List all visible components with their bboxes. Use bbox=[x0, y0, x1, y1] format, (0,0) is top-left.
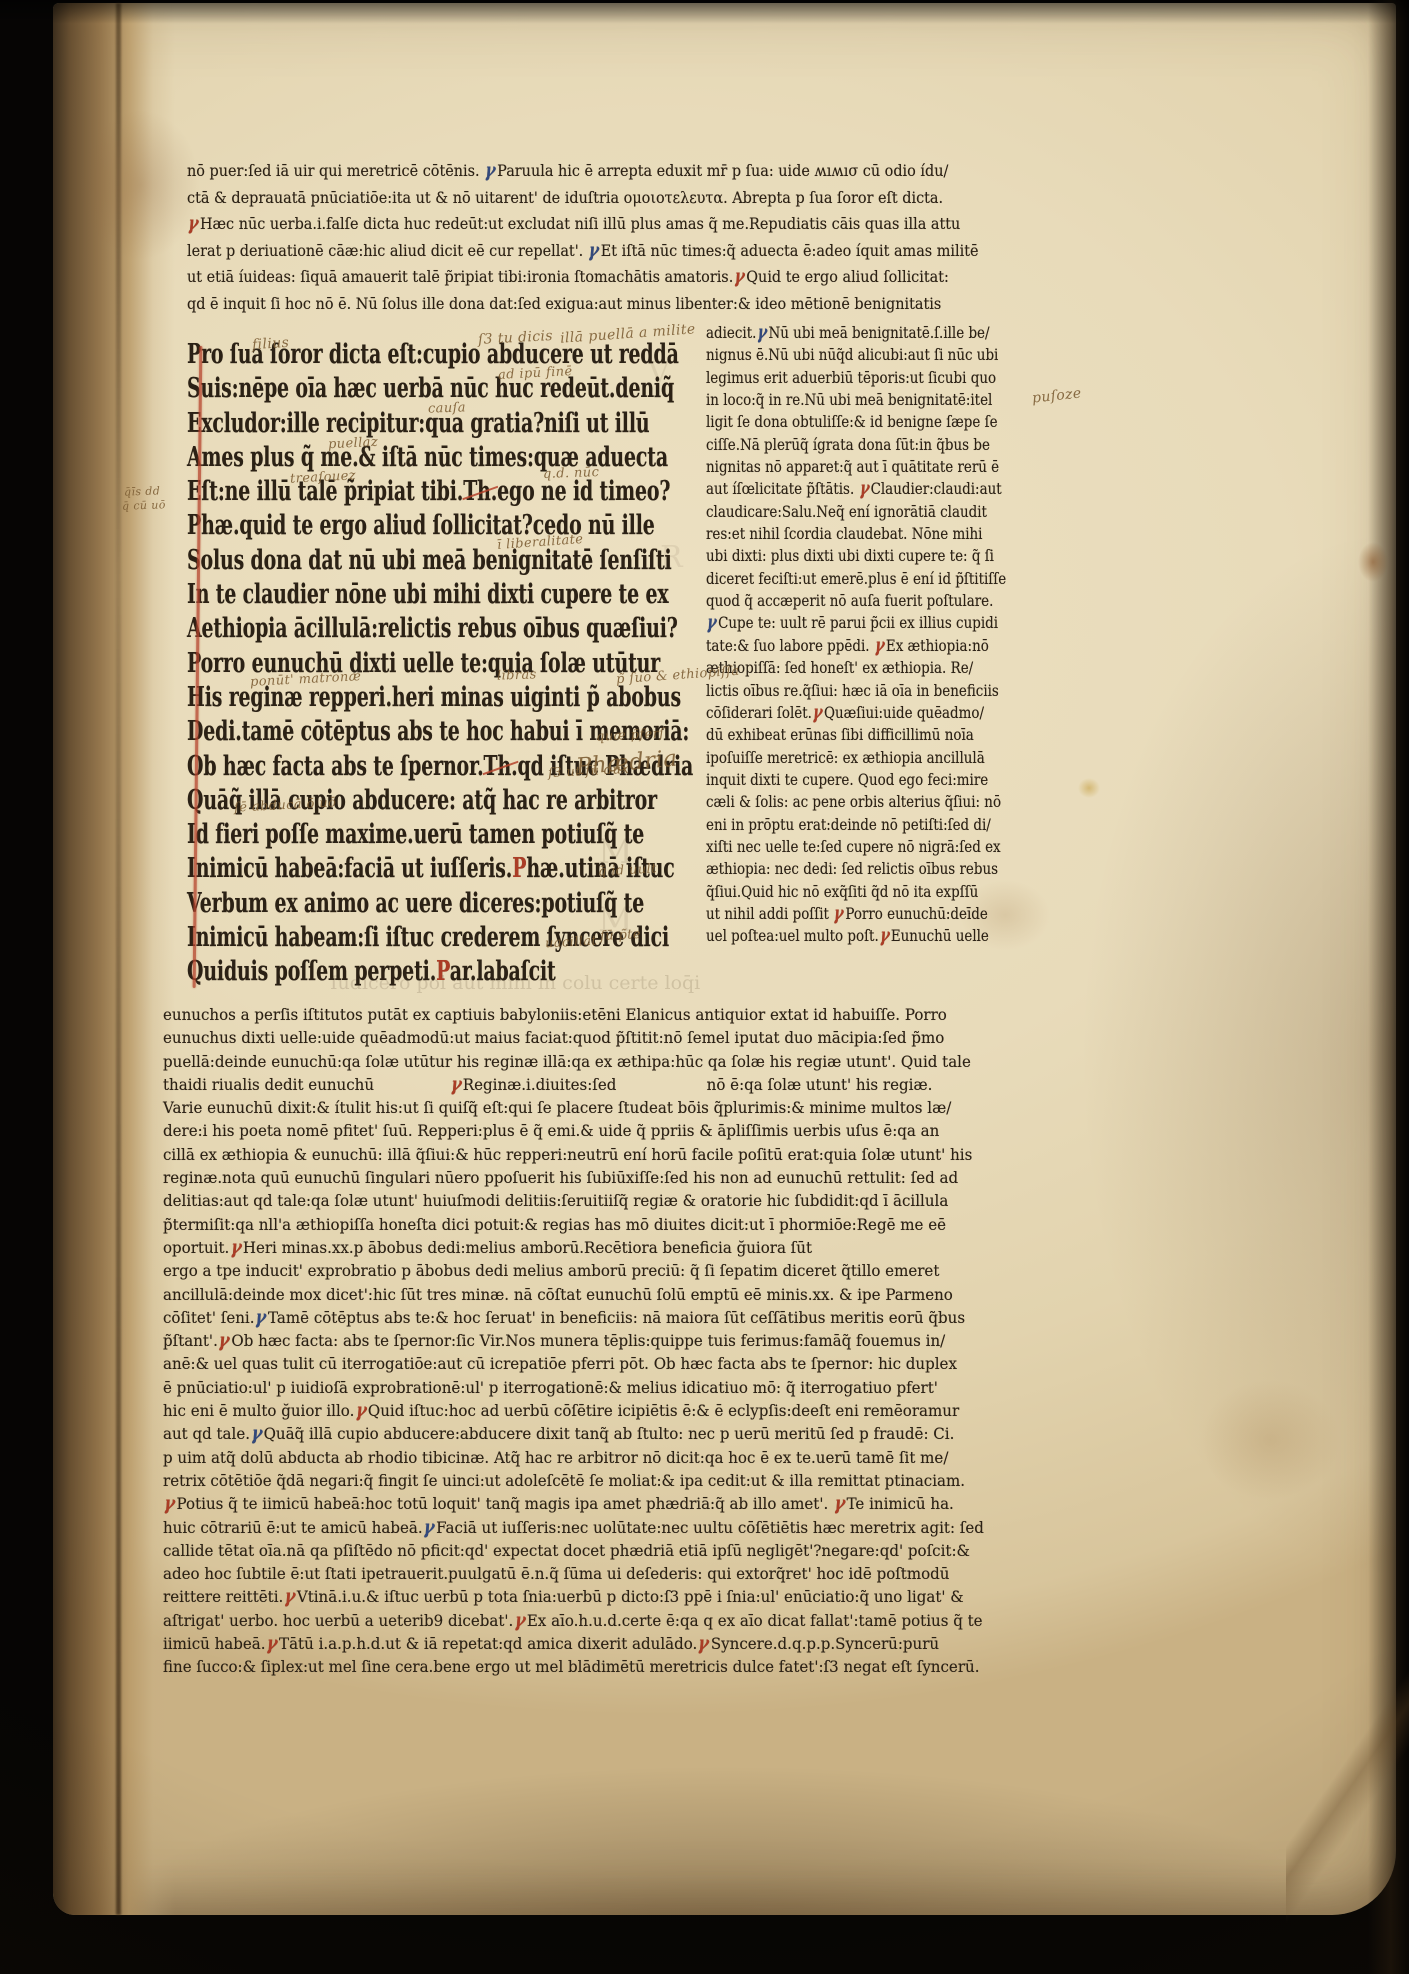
paraph-mark-blue: γ bbox=[483, 156, 498, 186]
paraph-mark-red: γ bbox=[732, 263, 747, 293]
text-line: oportuit.γHeri minas.xx.p ābobus dedi:me… bbox=[163, 1236, 1017, 1259]
text-line: γCupe te: uult rē parui p̃cii ex illius … bbox=[706, 612, 1018, 634]
text-line: anē:& uel quas tulit cū iterrogatiōe:aut… bbox=[163, 1352, 1017, 1375]
handwritten-gloss: q̄ cū uō bbox=[122, 498, 166, 513]
text-line: callide tētat oīa.nā qa pſiſtēdo nō pfic… bbox=[163, 1539, 1017, 1562]
text-line: qd ē inquit ſi hoc nō ē. Nū ſolus ille d… bbox=[187, 291, 973, 318]
handwritten-gloss: ſū p̃te bbox=[600, 927, 642, 944]
text-line: Inimicū habeā:faciā ut iuſſeris.Phæ.utin… bbox=[187, 852, 657, 886]
text-line: ligit ſe dona obtuliſſe:& id benigne ſæp… bbox=[706, 411, 1018, 433]
text-line: thaidi riualis dedit eunuchū γReginæ.i.d… bbox=[163, 1073, 1017, 1096]
text-line: puellā:deinde eunuchū:qa ſolæ utūtur his… bbox=[163, 1050, 1017, 1073]
speaker-abbrev-red-stroke: Th. bbox=[463, 476, 497, 507]
paraph-mark-red: γ bbox=[873, 633, 886, 658]
bottom-commentary-block: eunuchos a perſis iſtitutos putāt ex cap… bbox=[163, 1003, 1017, 1679]
gutter-crease bbox=[116, 3, 121, 1915]
paraph-mark-red: γ bbox=[282, 1585, 297, 1611]
text-line: res:et nihil ſcordia claudebat. Nōne mih… bbox=[706, 523, 1018, 545]
paraph-mark-red: γ bbox=[353, 1399, 368, 1425]
text-line: dere:i his poeta nomē pfitet' ſuū. Reppe… bbox=[163, 1119, 1017, 1142]
paraph-mark-red: γ bbox=[857, 477, 870, 502]
text-line: lictis oībus re.q̃ſiui: hæc iā oīa in be… bbox=[706, 680, 1018, 702]
handwritten-gloss: q̄īs dd bbox=[124, 484, 161, 498]
bottom-fold-crease bbox=[1286, 1600, 1409, 1930]
text-line: In te claudier nōne ubi mihi dixti cuper… bbox=[187, 578, 657, 612]
text-line: Quiduis poſſem perpeti.Par.labaſcit bbox=[187, 955, 657, 989]
text-line: aſtrigat' uerbo. hoc uerbū a ueterib9 di… bbox=[163, 1609, 1017, 1632]
paraph-mark-red: γ bbox=[264, 1632, 279, 1658]
handwritten-gloss: cauſa bbox=[428, 400, 466, 416]
text-line: aut qd tale.γQuāq̃ illā cupio abducere:a… bbox=[163, 1422, 1017, 1445]
paraph-mark-red: γ bbox=[512, 1608, 527, 1634]
text-line: delitias:aut qd tale:qa ſolæ utunt' huiu… bbox=[163, 1189, 1017, 1212]
text-line: legimus erit aduerbiū tēporis:ut ſicubi … bbox=[706, 367, 1018, 389]
text-line: ciſſe.Nā plerūq̃ ígrata dona ſūt:in q̃bu… bbox=[706, 434, 1018, 456]
text-line: huic cōtrariū ē:ut te amicū habeā.γFaciā… bbox=[163, 1516, 1017, 1539]
text-line: ubi dixti: plus dixti ubi dixti cupere t… bbox=[706, 545, 1018, 567]
text-line: aut íſœlicitate p̃ſtātis. γClaudier:clau… bbox=[706, 478, 1018, 500]
text-line: p uim atq̃ dolū abducta ab rhodio tibici… bbox=[163, 1446, 1017, 1469]
text-line: nignitas nō apparet:q̃ aut ī quātitate r… bbox=[706, 456, 1018, 478]
commentary-column: adiecit.γNū ubi meā benignitatē.ſ.ille b… bbox=[706, 322, 1018, 948]
paraph-mark-blue: γ bbox=[586, 236, 601, 266]
text-line: ctā & deprauatā pnūciatiōe:ita ut & nō u… bbox=[187, 185, 973, 212]
text-line: Verbum ex animo ac uere diceres:potiuſq̃… bbox=[187, 887, 657, 921]
text-line: Suis:nēpe oīa hæc uerbā nūc huc redeūt.d… bbox=[187, 372, 657, 406]
paraph-mark-red: γ bbox=[448, 1072, 463, 1098]
text-line: hic eni ē multo ğuior illo.γQuid iſtuc:h… bbox=[163, 1399, 1017, 1422]
text-line: fine ſucco:& ſiplex:ut mel ſine cera.ben… bbox=[163, 1655, 1017, 1678]
paraph-mark-red: γ bbox=[832, 1492, 847, 1518]
paraph-mark-blue: γ bbox=[253, 1305, 268, 1331]
text-line: in loco:q̃ in re.Nū ubi meā benignitatē:… bbox=[706, 389, 1018, 411]
handwritten-gloss: uacillat bbox=[545, 934, 598, 952]
handwritten-gloss: q̄ id uult bbox=[598, 861, 658, 879]
text-line: æthiopiſſā: ſed honeſt' ex æthiopia. Re/ bbox=[706, 657, 1018, 679]
handwritten-gloss: libras bbox=[497, 667, 537, 683]
rubricated-letter: P bbox=[436, 956, 450, 987]
text-line: reittere reittēti.γVtinā.i.u.& iſtuc uer… bbox=[163, 1585, 1017, 1608]
text-line: ē pnūciatio:ul' p iuidioſā exprobrationē… bbox=[163, 1376, 1017, 1399]
paraph-mark-red: γ bbox=[162, 1492, 177, 1518]
terence-text-column: Pro ſua ſoror dicta eſt:cupio abducere u… bbox=[187, 338, 657, 990]
page-photo: Iudicero pol aut mihi in colu certe loq̄… bbox=[0, 0, 1409, 1974]
paraph-mark-blue: γ bbox=[421, 1515, 436, 1541]
text-line: retrix cōtētiōe q̃dā negari:q̃ fingit ſe… bbox=[163, 1469, 1017, 1492]
paraph-mark-red: γ bbox=[217, 1329, 232, 1355]
text-line: xiſti nec uelle te:ſed cupere nō nigrā:ſ… bbox=[706, 836, 1018, 858]
text-line: Solus dona dat nū ubi meā benignitatē ſe… bbox=[187, 544, 657, 578]
text-line: eni in prōptu erat:deinde nō petiſti:ſed… bbox=[706, 814, 1018, 836]
handwritten-gloss: puellaz bbox=[328, 435, 379, 453]
paraph-mark-red: γ bbox=[878, 924, 891, 949]
paraph-mark-blue: γ bbox=[249, 1422, 264, 1448]
paraph-mark-red: γ bbox=[696, 1632, 711, 1658]
text-line: γPotius q̃ te iimicū habeā:hoc totū loqu… bbox=[163, 1492, 1017, 1515]
paraph-mark-red: γ bbox=[832, 902, 845, 927]
text-line: æthiopia: nec dedi: ſed relictis oībus r… bbox=[706, 858, 1018, 880]
text-line: claudicare:Salu.Neq̃ ení ignorātiā claud… bbox=[706, 501, 1018, 523]
text-line: dū exhibeat erūnas ſibi difficillimū noī… bbox=[706, 724, 1018, 746]
text-line: Aethiopia ācillulā:relictis rebus oībus … bbox=[187, 612, 657, 646]
text-line: adeo hoc ſubtile ē:ut ſtati ipetrauerit.… bbox=[163, 1562, 1017, 1585]
text-line: Phæ.quid te ergo aliud ſollicitat?cedo n… bbox=[187, 509, 657, 543]
text-line: ut nihil addi poſſit γPorro eunuchū:deīd… bbox=[706, 903, 1018, 925]
text-line: cæli & ſolis: ac pene orbis alterius q̃ſ… bbox=[706, 791, 1018, 813]
text-line: adiecit.γNū ubi meā benignitatē.ſ.ille b… bbox=[706, 322, 1018, 344]
rubricated-letter: P bbox=[512, 853, 526, 884]
handwritten-gloss: q.d. nūc bbox=[543, 465, 600, 482]
text-line: tate:& ſuo labore ppēdi. γEx æthiopia:nō bbox=[706, 635, 1018, 657]
paraph-mark-red: γ bbox=[811, 701, 824, 726]
text-line: q̃ſiui.Quid hic nō exq̃ſiti q̃d nō ita e… bbox=[706, 881, 1018, 903]
text-line: ancillulā:deinde mox dicet':hic ſūt tres… bbox=[163, 1283, 1017, 1306]
text-line: nignus ē.Nū ubi nūq̃d alicubi:aut ſi nūc… bbox=[706, 344, 1018, 366]
text-line: p̃ſtant'.γOb hæc facta: abs te ſpernor:ſ… bbox=[163, 1329, 1017, 1352]
text-line: Id fieri poſſe maxime.uerū tamen potiuſq… bbox=[187, 818, 657, 852]
text-line: ut etiā íuideas: ſiquā amauerit talē p̃r… bbox=[187, 264, 973, 291]
paraph-mark-blue: γ bbox=[755, 321, 768, 346]
text-line: inquit dixti te cupere. Quod ego feci:mi… bbox=[706, 769, 1018, 791]
paraph-mark-red: γ bbox=[186, 210, 201, 240]
text-line: cōſitet' ſeni.γTamē cōtēptus abs te:& ho… bbox=[163, 1306, 1017, 1329]
text-line: ergo a tpe inducit' exprobratio p ābobus… bbox=[163, 1259, 1017, 1282]
text-line: cillā ex æthiopia & eunuchū: illā q̃ſiui… bbox=[163, 1143, 1017, 1166]
paraph-mark-blue: γ bbox=[705, 611, 718, 636]
text-line: eunuchos a perſis iſtitutos putāt ex cap… bbox=[163, 1003, 1017, 1026]
text-line: diceret feciſti:ut emerē.plus ē ení id p… bbox=[706, 568, 1018, 590]
text-line: iimicū habeā.γTātū i.a.p.h.d.ut & iā rep… bbox=[163, 1632, 1017, 1655]
text-line: p̃termiſit:qa nll'a æthiopiſſa honeſta d… bbox=[163, 1213, 1017, 1236]
speaker-abbrev-red-stroke: Th. bbox=[484, 751, 518, 782]
text-line: uel poſtea:uel multo poſt.γEunuchū uelle bbox=[706, 925, 1018, 947]
top-commentary-block: nō puer:ſed iā uir qui meretricē cōtēnis… bbox=[187, 158, 973, 318]
text-line: nō puer:ſed iā uir qui meretricē cōtēnis… bbox=[187, 158, 973, 185]
text-line: lerat p deriuationē cāæ:hic aliud dicit … bbox=[187, 238, 973, 265]
text-line: eunuchus dixti uelle:uide quēadmodū:ut m… bbox=[163, 1026, 1017, 1049]
handwritten-gloss: filius bbox=[251, 335, 289, 354]
text-line: Varie eunuchū dixit:& ítulit his:ut ſi q… bbox=[163, 1096, 1017, 1119]
text-line: γHæc nūc uerba.i.falſe dicta huc redeūt:… bbox=[187, 211, 973, 238]
text-line: reginæ.nota quū eunuchū ſingulari nūero … bbox=[163, 1166, 1017, 1189]
text-line: ipoſuiſſe meretricē: ex æthiopia ancillu… bbox=[706, 747, 1018, 769]
binding-gutter bbox=[53, 3, 175, 1915]
text-line: quod q̃ accæperit nō auſa fuerit poſtula… bbox=[706, 590, 1018, 612]
text-line: Excludor:ille recipitur:qua gratia?niſi … bbox=[187, 407, 657, 441]
paraph-mark-red: γ bbox=[228, 1236, 243, 1262]
text-line: cōſiderari ſolēt.γQuæſiui:uide quēadmo/ bbox=[706, 702, 1018, 724]
text-line: Dedi.tamē cōtēptus abs te hoc habui ī me… bbox=[187, 715, 657, 749]
